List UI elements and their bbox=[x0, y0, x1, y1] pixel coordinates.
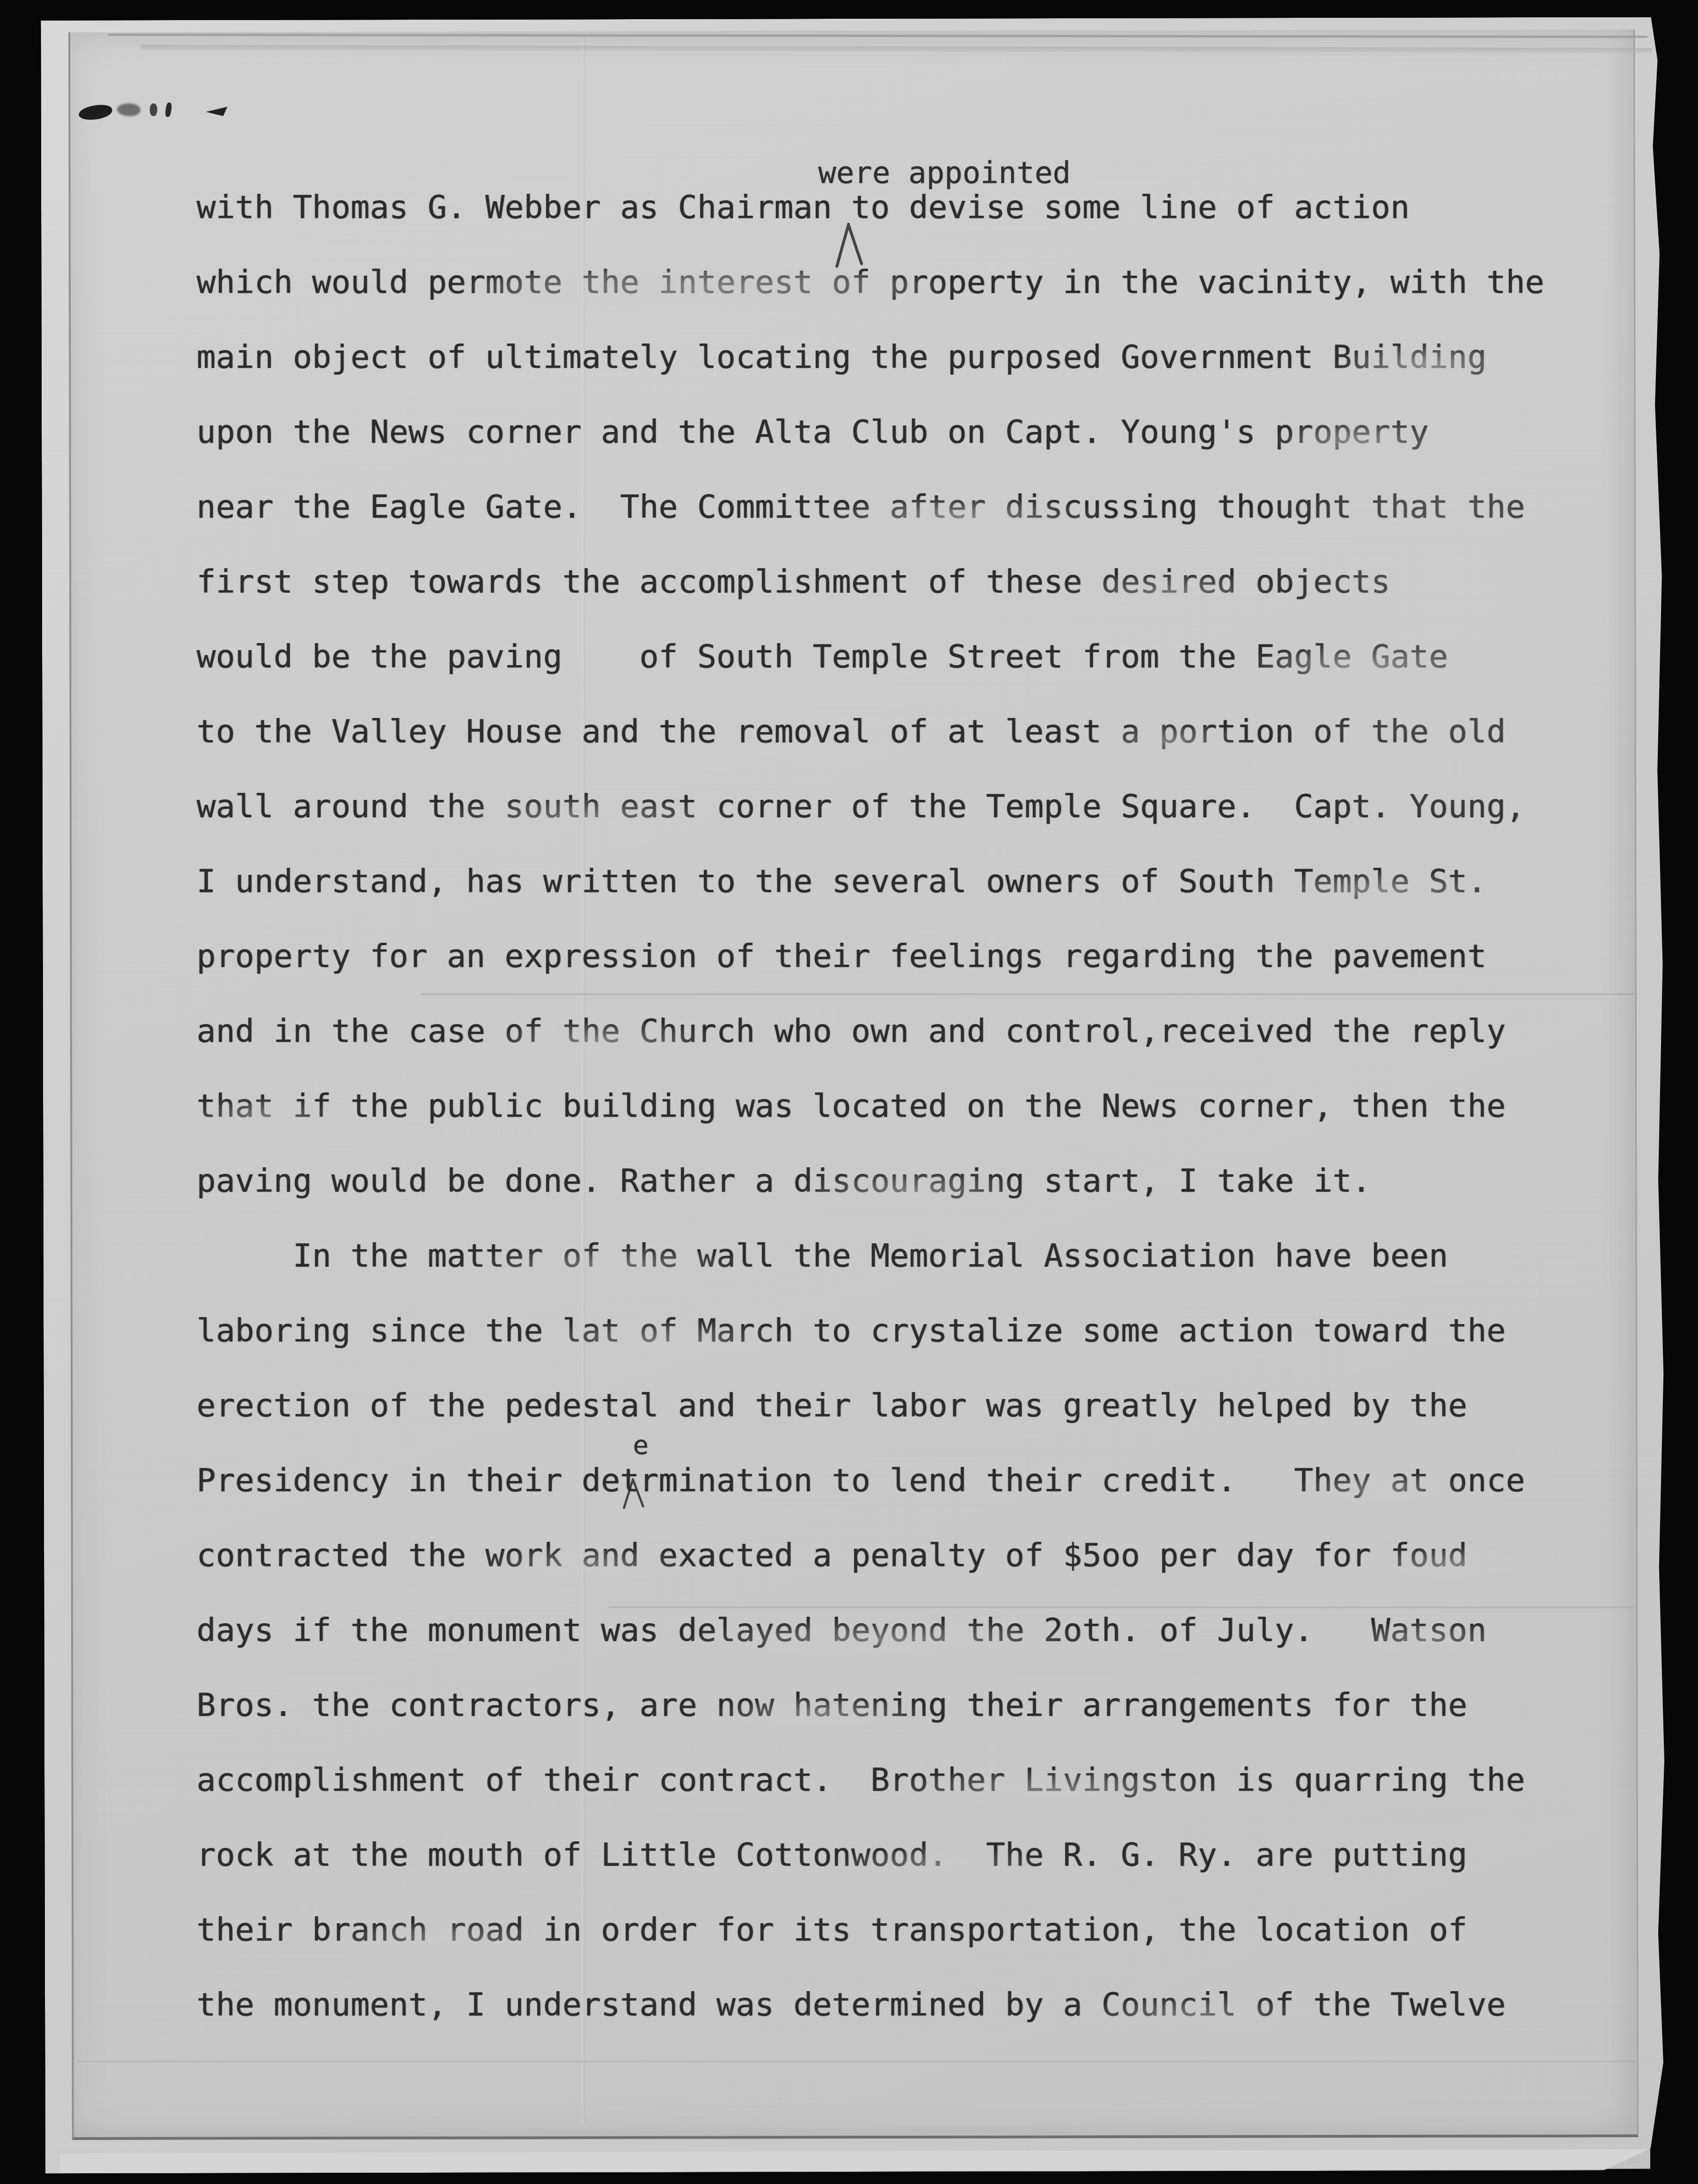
inserted-letter-e: e bbox=[633, 1432, 649, 1458]
scanner-background: with Thomas G. Webber as Chairman to dev… bbox=[0, 0, 1698, 2184]
annotations: were appointed e bbox=[0, 0, 1698, 2184]
scanned-document-page: { "page": { "kind": "typewritten letter … bbox=[0, 0, 1698, 2184]
inserted-text-were-appointed: were appointed bbox=[818, 158, 1070, 188]
insertion-caret-chairman bbox=[835, 223, 864, 268]
insertion-caret-determination bbox=[622, 1478, 645, 1509]
